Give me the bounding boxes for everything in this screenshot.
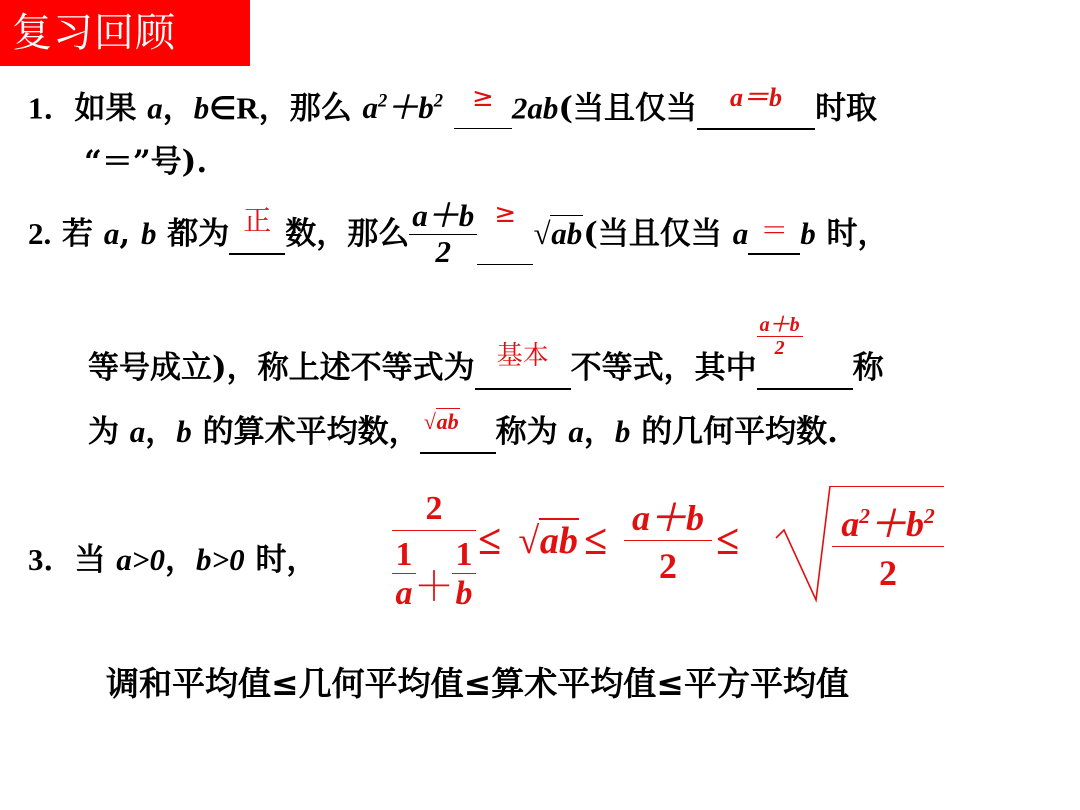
item2-number: 2. bbox=[28, 214, 51, 254]
comma: ， bbox=[163, 90, 194, 126]
frac-num: 2 bbox=[392, 490, 476, 528]
item1-line1: 1．如果 a，b∈R，那么 a2＋b2 ≥ 2ab(当且仅当a＝b 时取 bbox=[28, 82, 877, 130]
item1-text: 如果 bbox=[75, 90, 137, 126]
frac-den: 2 bbox=[624, 541, 712, 591]
leq-3: ≤ bbox=[716, 516, 739, 566]
answer-arith-frac: a＋b2 bbox=[757, 314, 803, 359]
frac-num: 1 bbox=[392, 537, 416, 573]
cond-a: a>0 bbox=[116, 542, 165, 577]
sqrt-sign-icon bbox=[772, 484, 832, 604]
var-b: b bbox=[194, 90, 210, 125]
item3-line: 3．当 a>0，b>0 时， bbox=[28, 540, 317, 580]
comma: ， bbox=[584, 414, 615, 450]
in-real: ∈R bbox=[209, 90, 258, 125]
leq-2: ≤ bbox=[584, 516, 607, 566]
blank-eq: ＝ bbox=[748, 213, 800, 255]
frac-num: a＋b bbox=[409, 199, 477, 234]
frac-num: a＋b bbox=[757, 314, 803, 337]
blank-positive: 正 bbox=[229, 213, 285, 255]
var-a: a bbox=[568, 414, 584, 449]
var-a: a bbox=[841, 504, 859, 544]
blank-geo: √ab bbox=[420, 412, 496, 454]
item1-number: 1． bbox=[28, 90, 75, 125]
item1-text: 时取 bbox=[815, 90, 877, 126]
cond-b: b>0 bbox=[196, 542, 245, 577]
blank-basic: 基本 bbox=[475, 348, 571, 390]
sqrt-radicand: ab bbox=[436, 408, 460, 434]
exponent: 2 bbox=[859, 504, 870, 528]
item2-text: 等号成立)，称上述不等式为 bbox=[88, 350, 475, 386]
frac-den: 2 bbox=[775, 337, 785, 359]
item3-text: 当 bbox=[75, 542, 106, 578]
expr-2ab: 2ab bbox=[512, 90, 559, 125]
var-b: b bbox=[906, 504, 924, 544]
frac-arith-mean: a＋b2 bbox=[409, 199, 477, 268]
blank-2: a＝b bbox=[697, 88, 815, 130]
item2-text: 的几何平均数. bbox=[641, 414, 838, 450]
var-b: b bbox=[141, 214, 157, 254]
item2-line1: 2. 若 a, b 都为 正 数，那么 a＋b2 ≥ √ab(当且仅当 a ＝ … bbox=[28, 194, 889, 274]
quadratic-mean: a2＋b2 2 bbox=[832, 494, 944, 599]
blank-arith: a＋b2 bbox=[757, 348, 853, 390]
blank-geq: ≥ bbox=[477, 224, 533, 265]
var-b: b bbox=[800, 214, 816, 254]
frac-den: 2 bbox=[435, 235, 451, 269]
frac-num: a2＋b2 bbox=[832, 494, 944, 546]
item2-text: 称 bbox=[853, 350, 884, 386]
geometric-mean: √ab bbox=[518, 516, 579, 566]
sqrt-ab: √ab bbox=[533, 214, 583, 254]
frac-num: 1 bbox=[452, 537, 476, 573]
item2-text: 的算术平均数， bbox=[203, 414, 420, 450]
answer-sqrt-ab: √ab bbox=[424, 402, 460, 442]
slide-title: 复习回顾 bbox=[0, 0, 250, 66]
item2-text: 数，那么 bbox=[285, 214, 409, 254]
answer-geq: ≥ bbox=[454, 78, 512, 118]
harmonic-den: 1 a ＋ 1 b bbox=[392, 531, 476, 631]
var-a: a bbox=[104, 214, 120, 254]
item2-text: 称为 bbox=[496, 414, 558, 450]
leq-1: ≤ bbox=[478, 516, 501, 566]
item2-text: (当且仅当 bbox=[583, 214, 722, 254]
frac-den: a bbox=[392, 574, 416, 614]
summary-line: 调和平均值≤几何平均值≤算术平均值≤平方平均值 bbox=[106, 662, 849, 706]
plus: ＋ bbox=[870, 504, 906, 544]
comma: ， bbox=[145, 414, 176, 450]
frac-num: a＋b bbox=[624, 496, 712, 540]
var-a: a bbox=[733, 214, 749, 254]
answer-geq: ≥ bbox=[477, 194, 533, 234]
arithmetic-mean: a＋b 2 bbox=[624, 496, 712, 591]
comma: ， bbox=[165, 542, 196, 578]
item2-text: 为 bbox=[88, 414, 119, 450]
answer-a-eq-b: a＝b bbox=[697, 78, 815, 118]
item2-text: 时， bbox=[827, 214, 889, 254]
exponent: 2 bbox=[924, 504, 935, 528]
item2-line2: 等号成立)，称上述不等式为基本 不等式，其中a＋b2 称 bbox=[88, 348, 884, 390]
item3-text: 时， bbox=[255, 542, 317, 578]
sqrt-radicand: ab bbox=[539, 518, 579, 562]
answer-basic: 基本 bbox=[475, 336, 571, 376]
blank-1: ≥ bbox=[454, 88, 512, 129]
answer-eq: ＝ bbox=[748, 211, 800, 251]
sqrt-radicand: ab bbox=[550, 215, 583, 251]
item2-text: 若 bbox=[62, 214, 93, 254]
expr-a2-b2: a2＋b2 bbox=[363, 90, 444, 125]
var-a: a bbox=[147, 90, 163, 125]
item1-line2: “＝”号). bbox=[84, 142, 207, 182]
item1-text: (当且仅当 bbox=[558, 90, 697, 126]
item3-number: 3． bbox=[28, 542, 75, 577]
sqrt-vinculum bbox=[830, 486, 944, 487]
item2-text: 都为 bbox=[167, 214, 229, 254]
var-b: b bbox=[176, 414, 192, 449]
var-b: b bbox=[615, 414, 631, 449]
frac-den: 2 bbox=[832, 547, 944, 599]
harmonic-mean: 2 1 a ＋ 1 b bbox=[392, 490, 476, 631]
comma: , bbox=[119, 214, 130, 254]
frac-den: b bbox=[452, 574, 476, 614]
plus: ＋ bbox=[414, 555, 454, 612]
answer-positive: 正 bbox=[229, 201, 285, 241]
var-a: a bbox=[130, 414, 146, 449]
item2-line3: 为 a，b 的算术平均数，√ab 称为 a，b 的几何平均数. bbox=[88, 412, 838, 454]
item2-text: 不等式，其中 bbox=[571, 350, 757, 386]
item1-text: ，那么 bbox=[259, 90, 352, 126]
